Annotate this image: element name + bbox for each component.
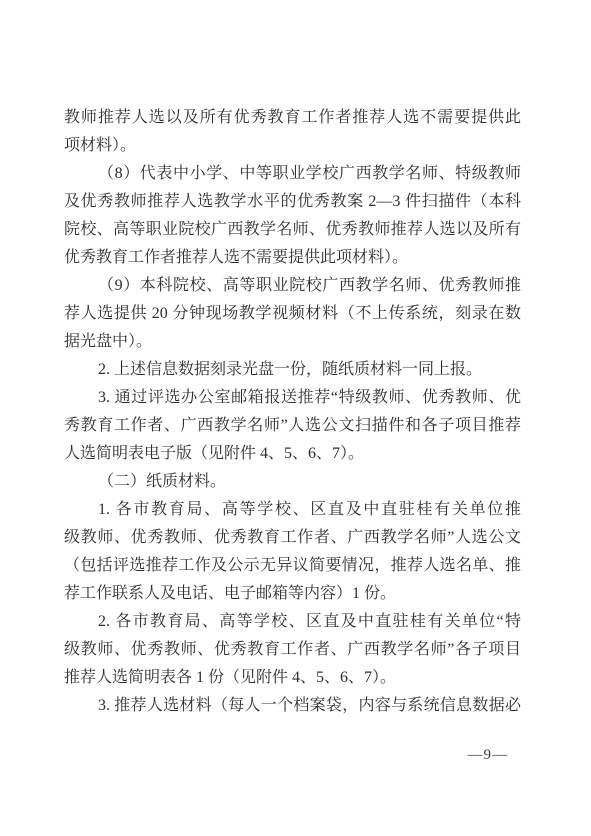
text-line: 荐人选提供 20 分钟现场教学视频材料（不上传系统，刻录在数 xyxy=(64,300,521,328)
text-line: 院校、高等职业院校广西教学名师、优秀教师推荐人选以及所有 xyxy=(64,216,521,244)
text-line: 推荐人选简明表各 1 份（见附件 4、5、6、7）。 xyxy=(64,664,521,692)
text-line: 据光盘中）。 xyxy=(64,328,521,356)
document-sheet: 教师推荐人选以及所有优秀教育工作者推荐人选不需要提供此项材料）。（8）代表中小学… xyxy=(0,0,591,836)
document-body: 教师推荐人选以及所有优秀教育工作者推荐人选不需要提供此项材料）。（8）代表中小学… xyxy=(64,104,521,720)
text-line: 教师推荐人选以及所有优秀教育工作者推荐人选不需要提供此 xyxy=(64,104,521,132)
text-line: 及优秀教师推荐人选教学水平的优秀教案 2—3 件扫描件（本科 xyxy=(64,188,521,216)
text-line: 荐工作联系人及电话、电子邮箱等内容）1 份。 xyxy=(64,580,521,608)
text-line: （二）纸质材料。 xyxy=(64,468,521,496)
text-line: （9）本科院校、高等职业院校广西教学名师、优秀教师推 xyxy=(64,272,521,300)
page-number-label: —9— xyxy=(468,745,509,765)
text-line: 1. 各市教育局、高等学校、区直及中直驻桂有关单位推荐“特 xyxy=(64,496,521,524)
text-line: 级教师、优秀教师、优秀教育工作者、广西教学名师”各子项目 xyxy=(64,636,521,664)
text-line: 级教师、优秀教师、优秀教育工作者、广西教学名师”人选公文 xyxy=(64,524,521,552)
page: { "page": { "number_label": "—9—" }, "co… xyxy=(0,0,591,836)
text-line: 项材料）。 xyxy=(64,132,521,160)
text-line: 2. 上述信息数据刻录光盘一份，随纸质材料一同上报。 xyxy=(64,356,521,384)
text-line: 3. 推荐人选材料（每人一个档案袋，内容与系统信息数据必 xyxy=(64,692,521,720)
text-line: 3. 通过评选办公室邮箱报送推荐“特级教师、优秀教师、优 xyxy=(64,384,521,412)
text-line: 优秀教育工作者推荐人选不需要提供此项材料）。 xyxy=(64,244,521,272)
text-line: （包括评选推荐工作及公示无异议简要情况，推荐人选名单、推 xyxy=(64,552,521,580)
text-line: 秀教育工作者、广西教学名师”人选公文扫描件和各子项目推荐 xyxy=(64,412,521,440)
text-line: 2. 各市教育局、高等学校、区直及中直驻桂有关单位“特 xyxy=(64,608,521,636)
text-line: （8）代表中小学、中等职业学校广西教学名师、特级教师 xyxy=(64,160,521,188)
text-line: 人选简明表电子版（见附件 4、5、6、7）。 xyxy=(64,440,521,468)
